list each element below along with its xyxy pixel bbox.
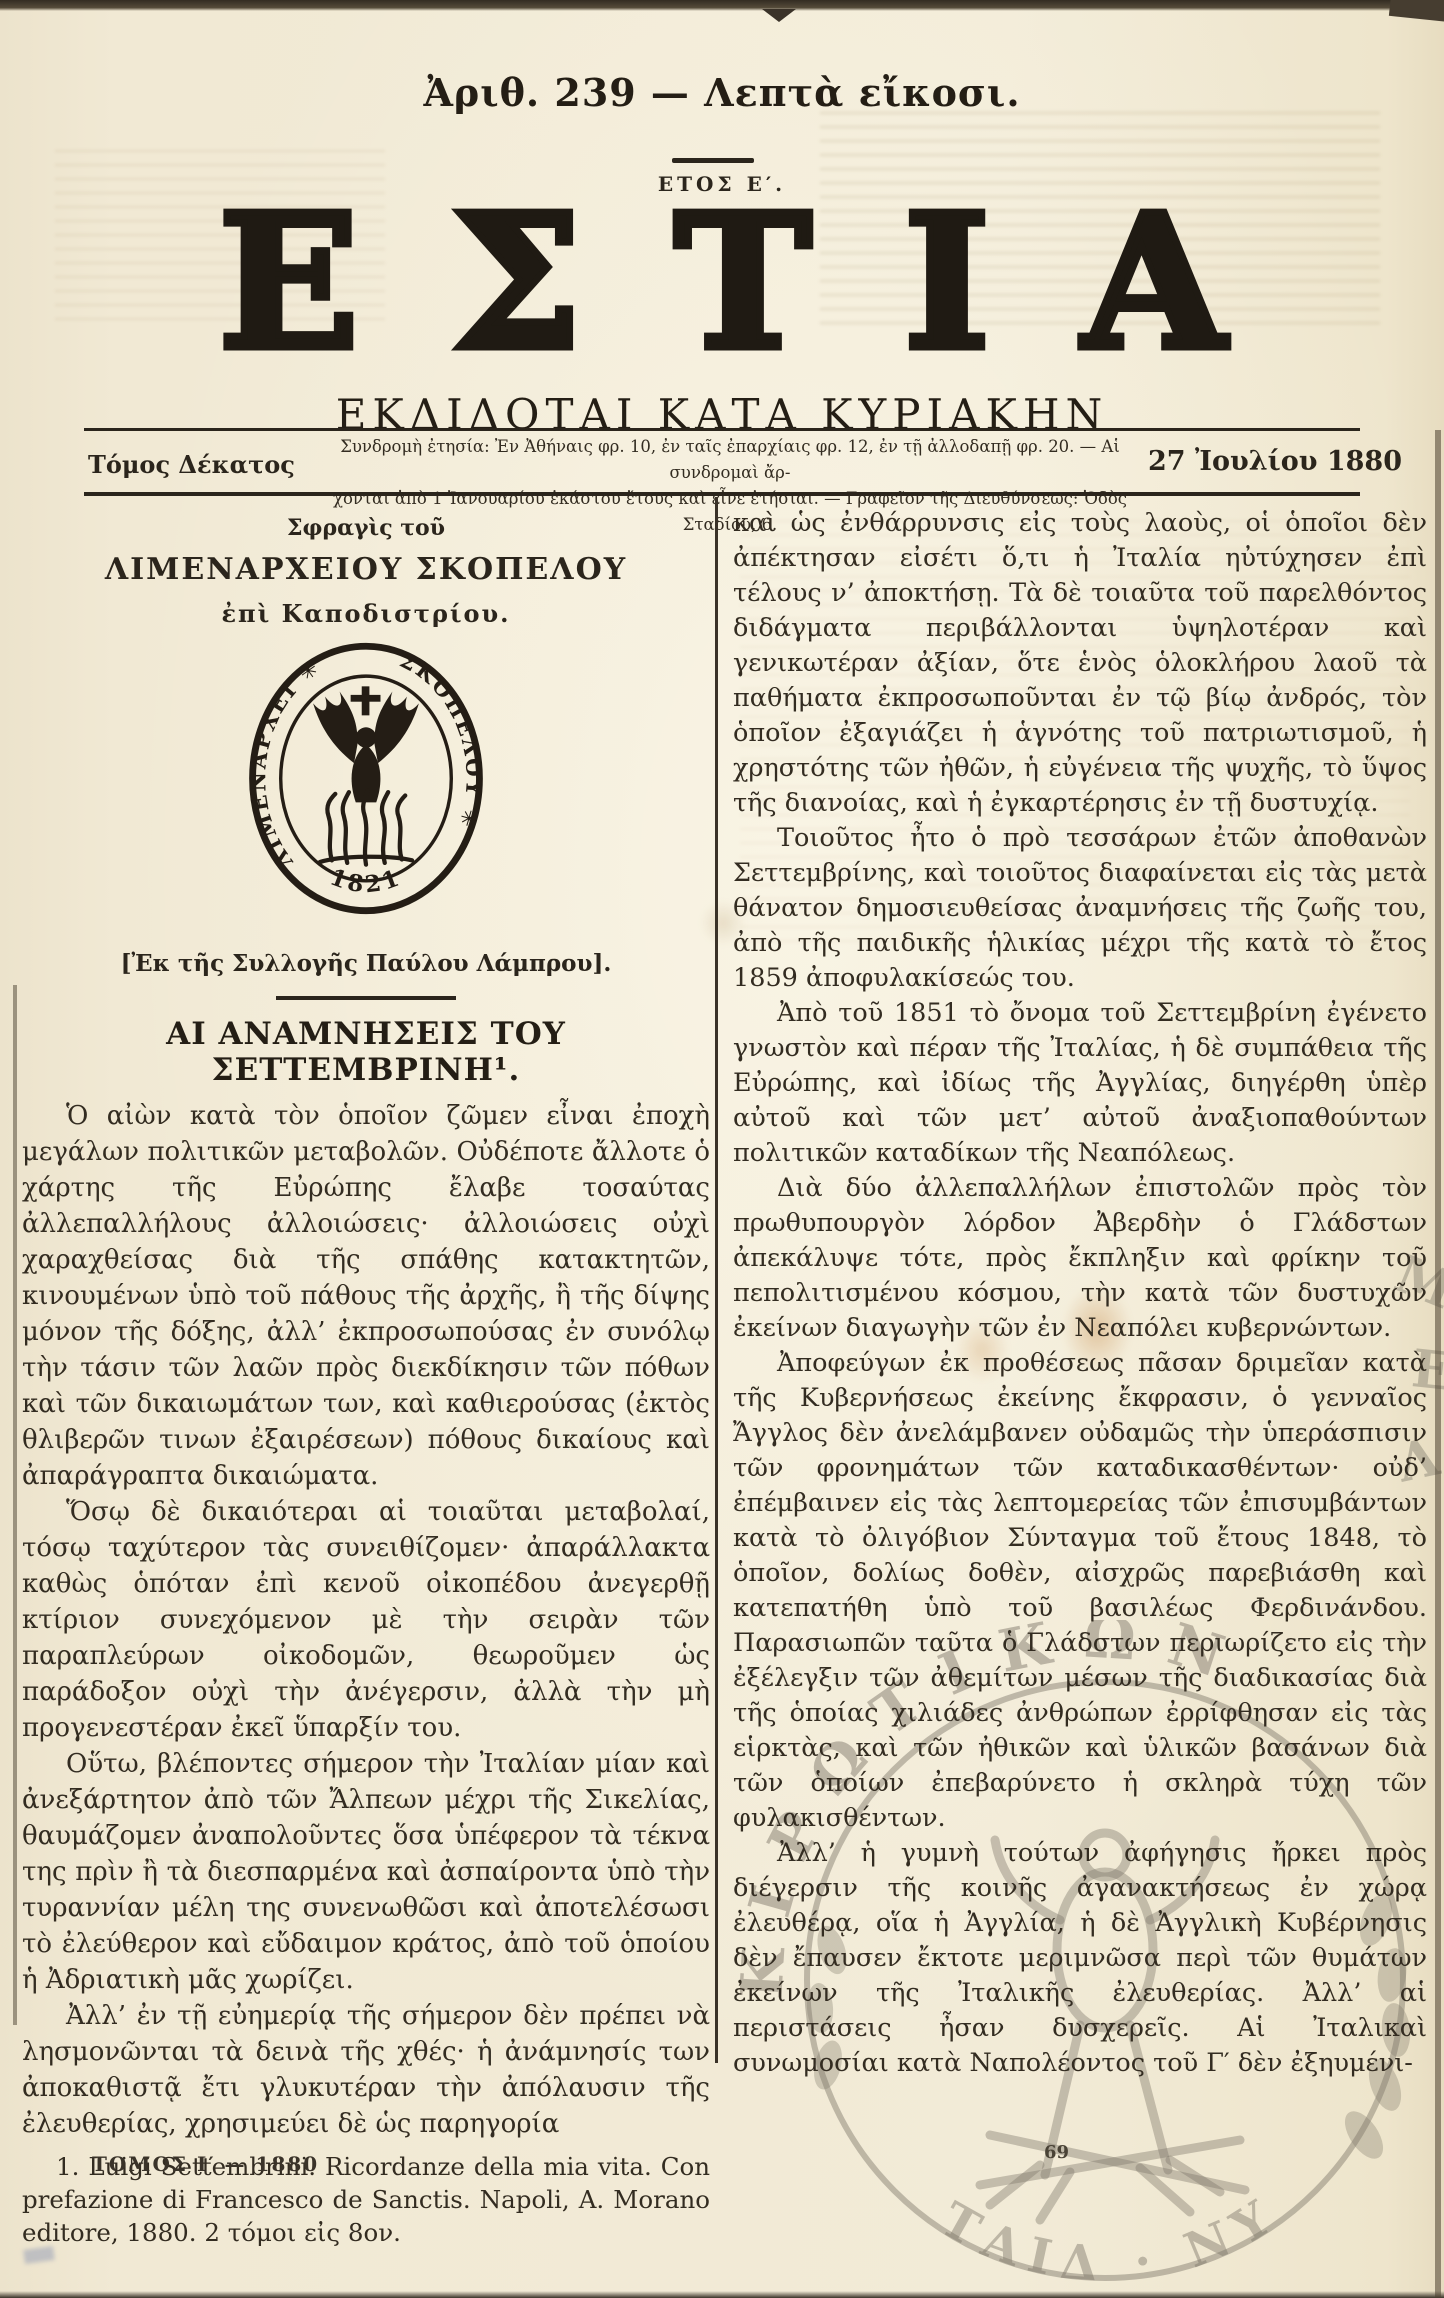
seal-heading-sub: ἐπὶ Καποδιστρίου.: [22, 596, 710, 632]
article-paragraph: Ἀπὸ τοῦ 1851 τὸ ὄνομα τοῦ Σεττεμβρίνη ἐγ…: [733, 996, 1427, 1171]
article-paragraph: Ἀποφεύγων ἐκ προθέσεως πᾶσαν δριμεῖαν κα…: [733, 1346, 1427, 1836]
ink-smudge: [23, 2246, 55, 2264]
title-divider: [276, 996, 456, 1000]
volume-label: Τόμος Δέκατος: [88, 450, 295, 479]
seal-heading-small: Σφραγὶς τοῦ: [22, 510, 710, 546]
article-paragraph: Διὰ δύο ἀλλεπαλλήλων ἐπιστολῶν πρὸς τὸν …: [733, 1171, 1427, 1346]
article-paragraph: Ὁ αἰὼν κατὰ τὸν ὁποῖον ζῶμεν εἶναι ἐποχὴ…: [22, 1098, 710, 1494]
subscription-line-1: Συνδρομὴ ἐτησία: Ἐν Ἀθήναις φρ. 10, ἐν τ…: [295, 434, 1165, 486]
newspaper-page: Ἀριθ. 239 — Λεπτὰ εἴκοσι. ΕΤΟΣ Ε′. ΕΣΤΙΑ…: [0, 0, 1444, 2298]
header-rule-bottom: [84, 492, 1360, 496]
seal-heading-caps: ΛΙΜΕΝΑΡΧΕΙΟΥ ΣΚΟΠΕΛΟΥ: [22, 552, 710, 588]
masthead-title: ΕΣΤΙΑ: [46, 198, 1444, 366]
article-paragraph: Ὅσῳ δὲ δικαιότεραι αἱ τοιαῦται μεταβολαί…: [22, 1494, 710, 1746]
year-overline: [672, 158, 754, 163]
issue-number-line: Ἀριθ. 239 — Λεπτὰ εἴκοσι.: [0, 70, 1444, 115]
article-paragraph: Οὕτω, βλέποντες σήμερον τὴν Ἰταλίαν μίαν…: [22, 1746, 710, 1998]
article-title: ΑΙ ΑΝΑΜΝΗΣΕΙΣ ΤΟΥ ΣΕΤΤΕΜΒΡΙΝΗ¹.: [22, 1016, 710, 1088]
port-authority-seal: ΛΙΜΕΝΑΡΧΕΙ ✳ ΣΚΟΠΕΛΟΥ ✳ ✳ 1821 ✳: [238, 642, 494, 932]
header-rule-top: [84, 428, 1360, 431]
masthead-subtitle: ΕΚΔΙΔΟΤΑΙ ΚΑΤΑ ΚΥΡΙΑΚΗΝ: [0, 390, 1444, 439]
scan-edge-top: [0, 0, 1444, 11]
seal-arc-text-left: ΛΙΜΕΝΑΡΧΕΙ ✳: [246, 655, 326, 874]
seal-caption: [Ἐκ τῆς Συλλογῆς Παύλου Λάμπρου].: [22, 946, 710, 982]
column-divider: [715, 497, 718, 2063]
page-number: 69: [1044, 2142, 1069, 2163]
right-column: καὶ ὡς ἐνθάρρυνσις εἰς τοὺς λαοὺς, οἱ ὁπ…: [733, 506, 1427, 2081]
scan-edge-notch: [762, 9, 796, 22]
scan-edge-left: [13, 985, 17, 2025]
footer-volume-label: ΤΟΜΟΣ Ι′ — 1880: [92, 2152, 319, 2176]
phoenix-icon: [313, 686, 419, 864]
issue-date: 27 Ἰουλίου 1880: [1148, 446, 1438, 477]
left-column: Σφραγὶς τοῦ ΛΙΜΕΝΑΡΧΕΙΟΥ ΣΚΟΠΕΛΟΥ ἐπὶ Κα…: [22, 506, 710, 2249]
article-paragraph: Ἀλλ’ ἡ γυμνὴ τούτων ἀφήγησις ἤρκει πρὸς …: [733, 1836, 1427, 2081]
scan-edge-corner: [1389, 0, 1444, 24]
article-paragraph: Τοιοῦτος ἦτο ὁ πρὸ τεσσάρων ἐτῶν ἀποθανὼ…: [733, 821, 1427, 996]
article-paragraph: καὶ ὡς ἐνθάρρυνσις εἰς τοὺς λαοὺς, οἱ ὁπ…: [733, 506, 1427, 821]
article-paragraph: Ἀλλ’ ἐν τῇ εὐημερίᾳ τῆς σήμερον δὲν πρέπ…: [22, 1998, 710, 2142]
scan-edge-right: [1435, 430, 1441, 2298]
scan-edge-bottom: [0, 2291, 1444, 2298]
